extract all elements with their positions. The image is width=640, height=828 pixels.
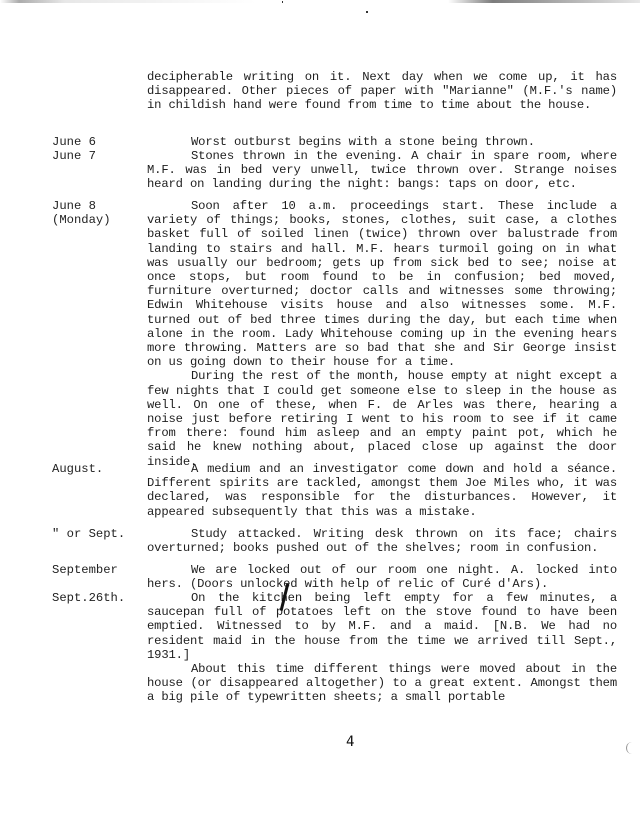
page-number: 4 <box>346 734 354 750</box>
scan-speck <box>366 11 368 13</box>
entry-body: Stones thrown in the evening. A chair in… <box>147 149 617 192</box>
entry-date: June 7 <box>52 149 96 163</box>
entry-date: September <box>52 563 118 577</box>
paragraph: On the kitchen being left empty for a fe… <box>147 591 617 662</box>
paragraph: Study attacked. Writing desk thrown on i… <box>147 527 617 555</box>
paragraph: We are locked out of our room one night.… <box>147 563 617 591</box>
entry-date: " or Sept. <box>52 527 125 541</box>
paragraph: Worst outburst begins with a stone being… <box>147 135 617 149</box>
entry-date: June 6 <box>52 135 96 149</box>
paragraph: A medium and an investigator come down a… <box>147 462 617 519</box>
paragraph: decipherable writing on it. Next day whe… <box>147 70 617 113</box>
entry-body: Worst outburst begins with a stone being… <box>147 135 617 149</box>
continuation-text: decipherable writing on it. Next day whe… <box>147 70 617 113</box>
paragraph: During the rest of the month, house empt… <box>147 369 617 468</box>
entry-date: June 8 (Monday) <box>52 199 111 227</box>
paragraph: Stones thrown in the evening. A chair in… <box>147 149 617 192</box>
paragraph: Soon after 10 a.m. proceedings start. Th… <box>147 199 617 369</box>
entry-date: Sept.26th. <box>52 591 125 605</box>
entry-date: August. <box>52 462 103 476</box>
entry-body: Study attacked. Writing desk thrown on i… <box>147 527 617 555</box>
scan-edge-mark <box>626 742 633 754</box>
document-page: decipherable writing on it. Next day whe… <box>0 0 640 828</box>
entry-body: Soon after 10 a.m. proceedings start. Th… <box>147 199 617 469</box>
paragraph: About this time different things were mo… <box>147 662 617 705</box>
entry-body: We are locked out of our room one night.… <box>147 563 617 591</box>
scan-top-edge <box>0 0 640 3</box>
scan-speck <box>282 1 283 3</box>
entry-body: On the kitchen being left empty for a fe… <box>147 591 617 705</box>
entry-body: A medium and an investigator come down a… <box>147 462 617 519</box>
